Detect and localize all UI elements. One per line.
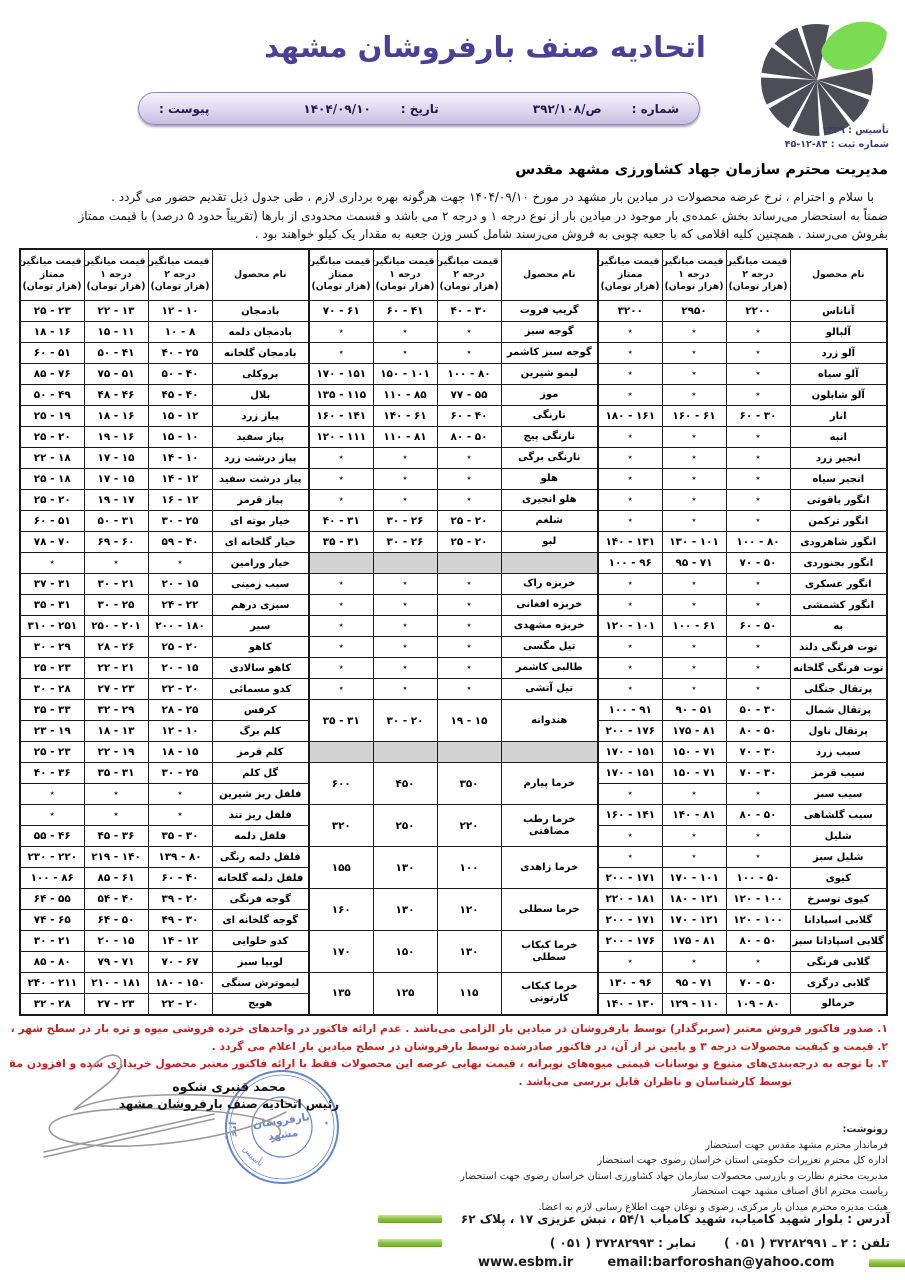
reference-bar: شماره : ۳۹۲/ص/۱۰۸ تاریخ : ۱۴۰۴/۰۹/۱۰ پیو… <box>138 92 700 125</box>
price-cell: ۱۱۵ <box>437 973 501 1015</box>
cc-list: رونوشت: فرماندار محترم مشهد مقدس جهت است… <box>460 1122 888 1216</box>
price-cell: ۱۶۱ - ۱۸۰ <box>598 406 662 427</box>
price-cell: ۳۰ - ۴۹ <box>148 910 212 931</box>
col-header-line: قیمت میانگین <box>440 256 499 269</box>
empty-cell <box>373 553 437 574</box>
price-cell: ٭ <box>598 448 662 469</box>
price-cell: ٭ <box>726 826 790 847</box>
product-name-cell: طالبی کاشمر <box>501 658 598 679</box>
product-name-cell: خیار گلخانه ای <box>212 532 309 553</box>
established-text: تأسیس : ۱۳۴۹ <box>785 124 889 138</box>
price-cell: ٭ <box>726 448 790 469</box>
product-name-cell: سیب زرد <box>790 742 887 763</box>
col-header-line: ممتاز <box>23 269 82 282</box>
price-cell: ٭ <box>726 511 790 532</box>
price-cell: ۳۶ - ۴۵ <box>84 826 148 847</box>
price-cell: ٭ <box>726 784 790 805</box>
price-cell: ۳۰ - ۶۰ <box>726 406 790 427</box>
product-name-cell: پرتقال جنگلی <box>790 679 887 700</box>
price-cell: ٭ <box>598 427 662 448</box>
price-cell: ۵۰ - ۷۰ <box>726 553 790 574</box>
price-cell: ٭ <box>437 448 501 469</box>
price-cell: ۱۳۰ <box>437 931 501 973</box>
col-header-line: درجه ۲ <box>151 269 210 282</box>
product-name-cell: گلابی فرنگی <box>790 952 887 973</box>
price-cell: ۱۵۵ <box>309 847 373 889</box>
price-cell: ۲۰ - ۲۲ <box>148 679 212 700</box>
product-name-cell: سیب زمینی <box>212 574 309 595</box>
product-name-cell: موز <box>501 385 598 406</box>
price-cell: ۱۷۱ - ۲۰۰ <box>598 868 662 889</box>
col-header-line: قیمت میانگین <box>312 256 371 269</box>
col-header-px: قیمت میانگینممتاز(هزار تومان) <box>20 249 84 301</box>
product-name-cell: هلو <box>501 469 598 490</box>
product-name-cell: فلفل دلمه گلخانه <box>212 868 309 889</box>
price-table: نام محصولقیمت میانگیندرجه ۲(هزار تومان)ق… <box>19 248 888 1016</box>
price-cell: ٭ <box>437 658 501 679</box>
price-cell: ۲۳ - ۲۵ <box>20 742 84 763</box>
product-name-cell: تیل مگسی <box>501 637 598 658</box>
price-cell: ۲۰۱ - ۲۵۰ <box>84 616 148 637</box>
product-name-cell: انگور کشمشی <box>790 595 887 616</box>
product-name-cell: خیار بوته ای <box>212 511 309 532</box>
price-cell: ۲۰ - ۲۵ <box>437 532 501 553</box>
price-cell: ۲۰ - ۳۰ <box>373 700 437 742</box>
product-name-cell: نارنگی <box>501 406 598 427</box>
price-cell: ٭ <box>726 364 790 385</box>
price-cell: ۲۰ - ۳۹ <box>148 889 212 910</box>
empty-cell <box>309 553 373 574</box>
price-cell: ۱۵۰ <box>373 931 437 973</box>
price-cell: ۱۱۰ - ۱۲۹ <box>662 994 726 1015</box>
col-header-line: درجه ۲ <box>729 269 788 282</box>
col-header-line: ممتاز <box>601 269 660 282</box>
letter-page: تأسیس : ۱۳۴۹ شماره ثبت : ۸۳-۱۲-۴۵ اتحادی… <box>0 0 905 1280</box>
price-cell: ٭ <box>662 847 726 868</box>
price-cell: ۸۰ - ۸۵ <box>20 952 84 973</box>
price-table-wrap: نام محصولقیمت میانگیندرجه ۲(هزار تومان)ق… <box>19 248 888 1016</box>
col-header-line: قیمت میانگین <box>151 256 210 269</box>
price-cell: ٭ <box>598 385 662 406</box>
price-cell: ۲۸ - ۳۲ <box>20 994 84 1015</box>
price-cell: ٭ <box>662 448 726 469</box>
body-line: با سلام و احترام ، نرخ عرضه محصولات در م… <box>8 188 888 207</box>
number-value: ۳۹۲/ص/۱۰۸ <box>533 102 602 116</box>
product-name-cell: بادمجان <box>212 301 309 322</box>
price-cell: ٭ <box>662 784 726 805</box>
footer-web-row: www.esbm.ir email:barforoshan@yahoo.com <box>478 1255 905 1270</box>
empty-cell <box>501 553 598 574</box>
price-cell: ۱۸۰ - ۲۰۰ <box>148 616 212 637</box>
table-header: نام محصولقیمت میانگیندرجه ۲(هزار تومان)ق… <box>20 249 887 301</box>
product-name-cell: انگور بجنوردی <box>790 553 887 574</box>
footer-address-row: آدرس : بلوار شهید کامیاب، شهید کامیاب ۵۴… <box>378 1212 890 1226</box>
product-name-cell: هویج <box>212 994 309 1015</box>
price-cell: ۳۰ - ۴۰ <box>437 301 501 322</box>
price-cell: ٭ <box>662 595 726 616</box>
price-cell: ۸۱ - ۱۷۵ <box>662 721 726 742</box>
price-cell: ٭ <box>309 322 373 343</box>
price-cell: ٭ <box>598 574 662 595</box>
price-cell: ٭ <box>726 385 790 406</box>
price-cell: ۶۰۰ <box>309 763 373 805</box>
product-name-cell: خرما کبکاب کارتونی <box>501 973 598 1015</box>
price-cell: ۱۹ - ۲۵ <box>20 406 84 427</box>
price-cell: ٭ <box>662 364 726 385</box>
col-header-line: (هزار تومان) <box>665 281 724 294</box>
fax-text: نمابر : ۳۷۲۸۲۹۹۳ ( ۰۵۱ ) <box>550 1236 696 1250</box>
attachment-field: پیوست : <box>159 102 209 116</box>
col-header-line: (هزار تومان) <box>376 281 435 294</box>
price-cell: ۴۰ - ۵۴ <box>84 889 148 910</box>
price-cell: ۷۶ - ۸۵ <box>20 364 84 385</box>
price-cell: ۴۹ - ۵۰ <box>20 385 84 406</box>
col-header-line: (هزار تومان) <box>601 281 660 294</box>
price-cell: ۵۰ - ۸۰ <box>437 427 501 448</box>
col-header-line: (هزار تومان) <box>151 281 210 294</box>
price-cell: ٭ <box>148 553 212 574</box>
price-cell: ۱۱۱ - ۱۲۰ <box>309 427 373 448</box>
cc-item: مدیریت محترم نظارت و بازرسی محصولات سازم… <box>460 1169 888 1185</box>
price-cell: ۱۳۰ <box>373 847 437 889</box>
price-cell: ۸۰ - ۱۰۰ <box>726 532 790 553</box>
price-cell: ۱۲۱ - ۱۸۰ <box>662 889 726 910</box>
price-cell: ٭ <box>598 784 662 805</box>
price-cell: ۲۰ - ۲۲ <box>148 994 212 1015</box>
product-name-cell: گوجه سبز <box>501 322 598 343</box>
product-name-cell: کیوی توسرخ <box>790 889 887 910</box>
footnote: ۱. صدور فاکتور فروش معتبر (سربرگدار) توس… <box>10 1020 888 1038</box>
empty-cell <box>309 742 373 763</box>
price-cell: ۱۰۱ - ۱۷۰ <box>662 868 726 889</box>
price-cell: ۲۸ - ۳۰ <box>20 679 84 700</box>
col-header-line: قیمت میانگین <box>376 256 435 269</box>
price-cell: ۴۱ - ۵۰ <box>84 343 148 364</box>
price-cell: ۱۵ - ۲۰ <box>148 658 212 679</box>
product-name-cell: لبو <box>501 532 598 553</box>
col-header-g2: قیمت میانگیندرجه ۲(هزار تومان) <box>726 249 790 301</box>
price-cell: ۲۵ - ۲۸ <box>148 700 212 721</box>
price-cell: ۶۵ - ۷۴ <box>20 910 84 931</box>
price-cell: ۱۵ - ۱۸ <box>148 742 212 763</box>
product-name-cell: خرما زاهدی <box>501 847 598 889</box>
price-cell: ۸۱ - ۱۴۰ <box>662 805 726 826</box>
product-name-cell: سیب قرمز <box>790 763 887 784</box>
empty-cell <box>373 742 437 763</box>
price-cell: ۱۵۰ - ۱۸۰ <box>148 973 212 994</box>
price-cell: ۵۰ - ۶۰ <box>726 616 790 637</box>
product-name-cell: نارنگی برگی <box>501 448 598 469</box>
price-cell: ۲۶ - ۳۰ <box>373 532 437 553</box>
price-cell: ۳۱ - ۳۵ <box>20 595 84 616</box>
product-name-cell: گوجه گلخانه ای <box>212 910 309 931</box>
product-name-cell: کاهو سالادی <box>212 658 309 679</box>
price-cell: ٭ <box>726 595 790 616</box>
product-name-cell: فلفل دلمه رنگی <box>212 847 309 868</box>
price-cell: ٭ <box>437 637 501 658</box>
price-cell: ۴۰ - ۶۰ <box>148 868 212 889</box>
price-cell: ٭ <box>437 343 501 364</box>
product-name-cell: بادمجان گلخانه <box>212 343 309 364</box>
price-cell: ۹۱ - ۱۰۰ <box>598 700 662 721</box>
price-cell: ٭ <box>373 490 437 511</box>
price-cell: ٭ <box>598 952 662 973</box>
price-cell: ۱۰ - ۱۲ <box>148 721 212 742</box>
price-cell: ٭ <box>309 343 373 364</box>
price-cell: ۱۴۱ - ۱۶۰ <box>598 805 662 826</box>
price-cell: ۳۰ - ۳۵ <box>148 826 212 847</box>
product-name-cell: توت فرنگی دلند <box>790 637 887 658</box>
col-header-line: قیمت میانگین <box>23 256 82 269</box>
product-name-cell: آلو سیاه <box>790 364 887 385</box>
price-cell: ٭ <box>726 427 790 448</box>
price-cell: ٭ <box>373 637 437 658</box>
cc-item: ریاست محترم اتاق اصناف مشهد جهت استحضار <box>460 1184 888 1200</box>
price-cell: ۴۰ - ۶۰ <box>437 406 501 427</box>
price-cell: ٭ <box>437 469 501 490</box>
price-cell: ۱۰ - ۱۲ <box>148 301 212 322</box>
product-name-cell: انگور شاهرودی <box>790 532 887 553</box>
price-cell: ٭ <box>437 616 501 637</box>
price-cell: ٭ <box>598 847 662 868</box>
date-value: ۱۴۰۴/۰۹/۱۰ <box>303 102 370 116</box>
price-cell: ٭ <box>662 469 726 490</box>
col-header-g1: قیمت میانگیندرجه ۱(هزار تومان) <box>662 249 726 301</box>
product-name-cell: خرما کبکاب سطلی <box>501 931 598 973</box>
price-cell: ۱۳ - ۱۸ <box>84 721 148 742</box>
price-cell: ۱۳۱ - ۱۴۰ <box>598 532 662 553</box>
price-cell: ۱۵ - ۲۰ <box>84 931 148 952</box>
price-cell: ۷۰ - ۷۸ <box>20 532 84 553</box>
price-cell: ۲۵۰ <box>373 805 437 847</box>
price-cell: ۵۱ - ۶۰ <box>20 343 84 364</box>
price-cell: ٭ <box>309 658 373 679</box>
product-name-cell: لوبیا سبز <box>212 952 309 973</box>
product-name-cell: کدو مسمائی <box>212 679 309 700</box>
address-text: آدرس : بلوار شهید کامیاب، شهید کامیاب ۵۴… <box>461 1212 890 1226</box>
price-cell: ٭ <box>373 322 437 343</box>
price-cell: ۵۰ - ۶۴ <box>84 910 148 931</box>
price-cell: ۱۹ - ۲۲ <box>84 742 148 763</box>
price-cell: ٭ <box>662 511 726 532</box>
letter-body: با سلام و احترام ، نرخ عرضه محصولات در م… <box>8 188 888 244</box>
price-cell: ۱۵ - ۱۹ <box>437 700 501 742</box>
product-name-cell: لیمو شیرین <box>501 364 598 385</box>
price-cell: ۲۳ - ۲۷ <box>84 679 148 700</box>
price-cell: ۱۷۶ - ۲۰۰ <box>598 721 662 742</box>
col-header-line: (هزار تومان) <box>23 281 82 294</box>
price-cell: ۹۶ - ۱۳۰ <box>598 973 662 994</box>
price-cell: ٭ <box>662 385 726 406</box>
phone-text: تلفن : ۲ ـ ۳۷۲۸۲۹۹۱ ( ۰۵۱ ) <box>724 1236 890 1250</box>
price-cell: ۲۱ - ۳۰ <box>20 931 84 952</box>
price-cell: ۱۰۱ - ۱۳۰ <box>662 532 726 553</box>
price-cell: ٭ <box>437 574 501 595</box>
price-cell: ۱۶۰ <box>309 889 373 931</box>
price-cell: ۴۰ - ۴۵ <box>148 385 212 406</box>
price-cell: ۵۰ - ۷۰ <box>726 973 790 994</box>
leaf-icon <box>821 22 887 70</box>
price-cell: ۱۰۰ <box>437 847 501 889</box>
col-header-line: قیمت میانگین <box>601 256 660 269</box>
product-name-cell: هندوانه <box>501 700 598 742</box>
product-name-cell: کدو حلوایی <box>212 931 309 952</box>
cc-item: اداره کل محترم تعزیرات حکومتی استان خراس… <box>460 1153 888 1169</box>
product-name-cell: بروکلی <box>212 364 309 385</box>
price-cell: ٭ <box>20 553 84 574</box>
price-cell: ۱۷۰ <box>309 931 373 973</box>
price-cell: ۱۸ - ۲۵ <box>20 469 84 490</box>
body-line: بفروش می‌رسند . همچنین کلیه اقلامی که با… <box>8 225 888 244</box>
product-name-cell: تیل آتشی <box>501 679 598 700</box>
price-cell: ۱۹ - ۲۳ <box>20 721 84 742</box>
product-name-cell: شلیل سبز <box>790 847 887 868</box>
price-cell: ۸۶ - ۱۰۰ <box>20 868 84 889</box>
price-cell: ۲۵۱ - ۳۱۰ <box>20 616 84 637</box>
price-cell: ٭ <box>726 658 790 679</box>
price-cell: ۵۰ - ۸۰ <box>726 805 790 826</box>
price-cell: ٭ <box>598 595 662 616</box>
price-cell: ٭ <box>662 490 726 511</box>
product-name-cell: گل کلم <box>212 763 309 784</box>
price-cell: ٭ <box>598 364 662 385</box>
product-name-cell: کاهو <box>212 637 309 658</box>
col-header-line: درجه ۲ <box>440 269 499 282</box>
price-cell: ٭ <box>373 574 437 595</box>
table-body: آناناس۲۲۰۰۲۹۵۰۳۲۰۰گریپ فروت۳۰ - ۴۰۴۱ - ۶… <box>20 301 887 1015</box>
price-cell: ۲۱ - ۳۰ <box>84 574 148 595</box>
col-header-line: (هزار تومان) <box>312 281 371 294</box>
product-name-cell: گلابی درگزی <box>790 973 887 994</box>
price-cell: ۵۱ - ۹۰ <box>662 700 726 721</box>
price-cell: ۱۳ - ۲۲ <box>84 301 148 322</box>
price-cell: ۱۲۰ <box>437 889 501 931</box>
product-name-cell: گریپ فروت <box>501 301 598 322</box>
product-name-cell: پیاز درشت زرد <box>212 448 309 469</box>
price-cell: ٭ <box>598 637 662 658</box>
product-name-cell: کلم قرمز <box>212 742 309 763</box>
price-cell: ۲۳ - ۲۵ <box>20 658 84 679</box>
price-cell: ٭ <box>373 343 437 364</box>
product-name-cell: پرتقال ناول <box>790 721 887 742</box>
product-name-cell: شلغم <box>501 511 598 532</box>
price-cell: ۳۰ - ۷۰ <box>726 763 790 784</box>
price-cell: ۱۸۱ - ۲۱۰ <box>84 973 148 994</box>
price-cell: ۱۵ - ۱۷ <box>84 469 148 490</box>
price-cell: ۱۲ - ۱۵ <box>148 406 212 427</box>
price-cell: ۲۹ - ۳۰ <box>20 637 84 658</box>
product-name-cell: پیاز زرد <box>212 406 309 427</box>
product-name-cell: هلو انجیری <box>501 490 598 511</box>
price-cell: ۲۲۰ <box>437 805 501 847</box>
product-name-cell: انبه <box>790 427 887 448</box>
price-cell: ٭ <box>726 322 790 343</box>
price-cell: ۲۰ - ۲۵ <box>148 637 212 658</box>
price-cell: ۶۱ - ۱۰۰ <box>662 616 726 637</box>
price-cell: ۱۳۰ <box>373 889 437 931</box>
empty-cell <box>437 553 501 574</box>
price-cell: ۱۲ - ۱۶ <box>148 490 212 511</box>
product-name-cell: پیاز قرمز <box>212 490 309 511</box>
price-cell: ۳۱ - ۵۰ <box>84 511 148 532</box>
product-name-cell: گلابی اسپادانا <box>790 910 887 931</box>
price-cell: ۸۱ - ۱۱۰ <box>373 427 437 448</box>
green-bar <box>378 1215 442 1223</box>
price-cell: ٭ <box>84 805 148 826</box>
cc-label: رونوشت: <box>460 1122 888 1138</box>
price-cell: ۷۱ - ۷۹ <box>84 952 148 973</box>
product-name-cell: خرما سطلی <box>501 889 598 931</box>
price-cell: ۴۱ - ۶۰ <box>373 301 437 322</box>
price-cell: ۲۹ - ۳۲ <box>84 700 148 721</box>
price-cell: ٭ <box>662 679 726 700</box>
price-cell: ۲۱ - ۲۲ <box>84 658 148 679</box>
price-cell: ٭ <box>309 616 373 637</box>
price-cell: ٭ <box>309 574 373 595</box>
price-cell: ٭ <box>148 805 212 826</box>
price-cell: ٭ <box>373 595 437 616</box>
product-name-cell: نارنگی پیج <box>501 427 598 448</box>
price-cell: ٭ <box>598 826 662 847</box>
price-cell: ٭ <box>309 490 373 511</box>
price-cell: ۲۳ - ۲۷ <box>84 994 148 1015</box>
price-cell: ٭ <box>20 784 84 805</box>
price-cell: ۳۱ - ۳۵ <box>84 763 148 784</box>
product-name-cell: کیوی <box>790 868 887 889</box>
registration-text: شماره ثبت : ۸۳-۱۲-۴۵ <box>785 138 889 152</box>
price-cell: ۸۱ - ۱۷۵ <box>662 931 726 952</box>
price-cell: ٭ <box>373 469 437 490</box>
price-cell: ۵۰ - ۱۰۰ <box>726 868 790 889</box>
price-cell: ۱۷۱ - ۲۰۰ <box>598 910 662 931</box>
price-cell: ٭ <box>437 490 501 511</box>
price-cell: ٭ <box>84 553 148 574</box>
price-cell: ٭ <box>437 679 501 700</box>
price-cell: ۱۸ - ۲۲ <box>20 448 84 469</box>
price-cell: ۱۷۶ - ۲۰۰ <box>598 931 662 952</box>
price-cell: ٭ <box>662 952 726 973</box>
price-cell: ۱۵۱ - ۱۷۰ <box>598 742 662 763</box>
price-cell: ۲۲۰۰ <box>726 301 790 322</box>
col-header-g1: قیمت میانگیندرجه ۱(هزار تومان) <box>84 249 148 301</box>
col-header-line: قیمت میانگین <box>665 256 724 269</box>
email-text: email:barforoshan@yahoo.com <box>607 1255 834 1270</box>
attachment-label: پیوست : <box>159 102 209 116</box>
price-cell: ۶۱ - ۷۰ <box>309 301 373 322</box>
price-cell: ٭ <box>598 511 662 532</box>
col-header-line: درجه ۱ <box>665 269 724 282</box>
price-cell: ۸ - ۱۰ <box>148 322 212 343</box>
product-name-cell: خیار ورامین <box>212 553 309 574</box>
website-text: www.esbm.ir <box>478 1255 573 1270</box>
price-cell: ۱۲۵ <box>373 973 437 1015</box>
product-name-cell: سبزی درهم <box>212 595 309 616</box>
col-header-line: ممتاز <box>312 269 371 282</box>
price-cell: ۱۴۰ - ۲۱۹ <box>84 847 148 868</box>
price-cell: ۱۲ - ۱۴ <box>148 469 212 490</box>
price-cell: ۳۱ - ۴۰ <box>309 511 373 532</box>
price-cell: ۱۸۱ - ۲۲۰ <box>598 889 662 910</box>
product-name-cell: کلم برگ <box>212 721 309 742</box>
product-name-cell: گوجه سبز کاشمر <box>501 343 598 364</box>
product-name-cell: سیر <box>212 616 309 637</box>
product-name-cell: پیاز درشت سفید <box>212 469 309 490</box>
price-cell: ٭ <box>726 343 790 364</box>
price-cell: ۷۱ - ۱۵۰ <box>662 742 726 763</box>
footer-phone-row: تلفن : ۲ ـ ۳۷۲۸۲۹۹۱ ( ۰۵۱ ) نمابر : ۳۷۲۸… <box>378 1236 890 1250</box>
price-cell: ۲۹۵۰ <box>662 301 726 322</box>
price-cell: ۳۳ - ۳۵ <box>20 700 84 721</box>
